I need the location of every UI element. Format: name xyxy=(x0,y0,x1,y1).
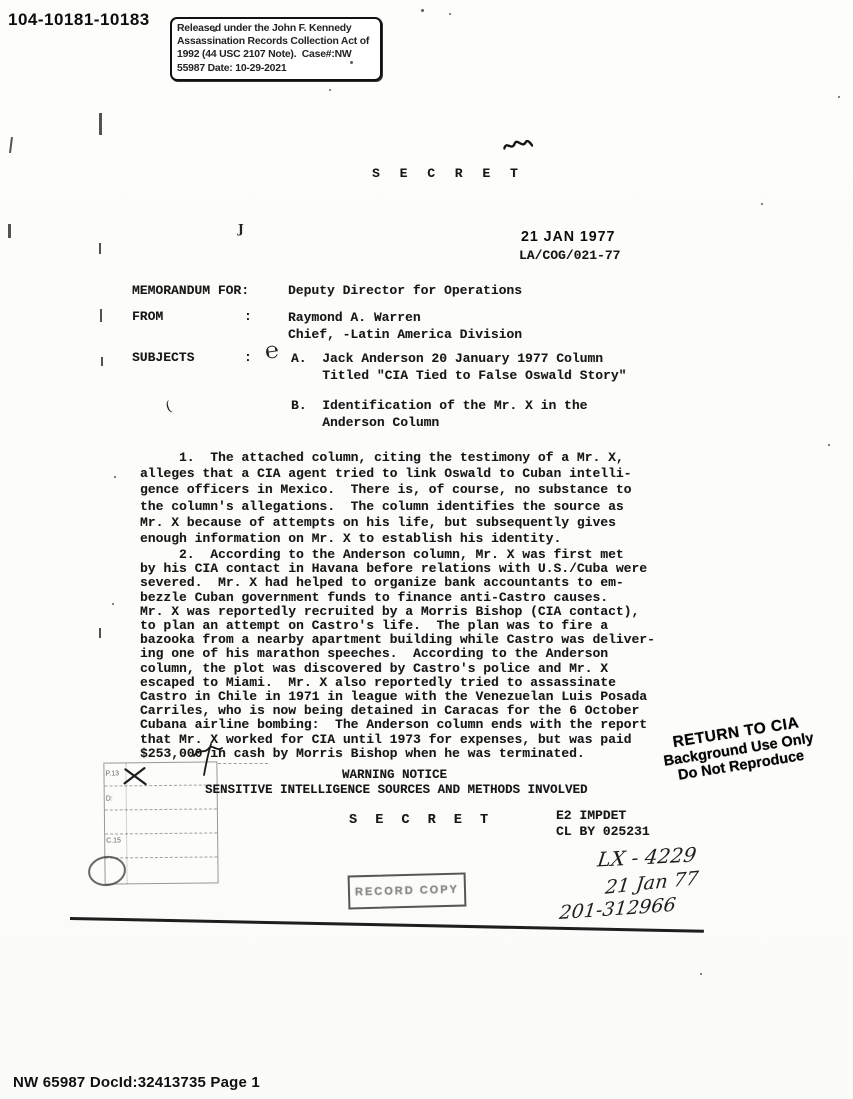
classification-top: S E C R E T xyxy=(372,166,524,181)
memo-subjects-label: SUBJECTS xyxy=(132,350,194,365)
classification-bottom: S E C R E T xyxy=(349,813,493,828)
declassification-block: E2 IMPDET CL BY 025231 xyxy=(556,808,650,839)
margin-tick xyxy=(99,628,101,638)
ink-paren-mark: ( xyxy=(164,399,174,416)
memo-from-colon: : xyxy=(244,309,252,324)
document-page: 104-10181-10183 Released under the John … xyxy=(0,0,853,1099)
noise-speck xyxy=(112,603,114,605)
memo-subject-b: B. Identification of the Mr. X in the An… xyxy=(291,397,587,431)
date-stamp: 21 JAN 1977 xyxy=(521,228,615,245)
paragraph-1: 1. The attached column, citing the testi… xyxy=(140,450,631,547)
margin-tick xyxy=(9,137,13,153)
noise-speck xyxy=(700,973,702,975)
memo-for-value: Deputy Director for Operations xyxy=(288,283,522,298)
warning-notice-title: WARNING NOTICE xyxy=(342,768,447,782)
reference-number: LA/COG/021-77 xyxy=(519,248,620,263)
margin-tick xyxy=(101,357,103,366)
noise-speck xyxy=(449,13,451,15)
routing-label: C.15 xyxy=(106,837,126,844)
paragraph-2: 2. According to the Anderson column, Mr.… xyxy=(140,548,655,761)
noise-speck xyxy=(329,89,331,91)
noise-speck xyxy=(838,96,840,98)
footer-document-id: NW 65987 DocId:32413735 Page 1 xyxy=(13,1074,260,1091)
memo-subject-a: A. Jack Anderson 20 January 1977 Column … xyxy=(291,350,626,384)
margin-tick xyxy=(99,113,102,135)
margin-tick xyxy=(100,309,102,322)
warning-notice-text: SENSITIVE INTELLIGENCE SOURCES AND METHO… xyxy=(205,783,588,797)
noise-speck xyxy=(761,203,763,205)
record-copy-text: RECORD COPY xyxy=(355,884,459,899)
handwritten-note-1: LX - 4229 xyxy=(596,842,698,871)
handwritten-note-3: 201-312966 xyxy=(558,894,677,924)
margin-tick xyxy=(99,243,101,254)
release-stamp-text: Released under the John F. Kennedy Assas… xyxy=(172,19,380,78)
record-number: 104-10181-10183 xyxy=(8,10,150,30)
noise-speck xyxy=(114,476,116,478)
release-stamp: Released under the John F. Kennedy Assas… xyxy=(170,17,382,81)
handwritten-note-2: 21 Jan 77 xyxy=(604,867,700,898)
noise-speck xyxy=(213,29,216,32)
ink-cursive-mark: ℮ xyxy=(263,337,280,365)
ink-x-mark xyxy=(122,765,148,787)
record-copy-stamp: RECORD COPY xyxy=(348,872,467,909)
return-to-cia-stamp: RETURN TO CIA Background Use Only Do Not… xyxy=(643,710,834,788)
margin-tick xyxy=(8,224,11,238)
memo-from-value: Raymond A. Warren Chief, -Latin America … xyxy=(288,309,522,343)
routing-label: D: xyxy=(106,795,126,802)
noise-speck xyxy=(421,9,424,12)
memo-subjects-colon: : xyxy=(244,350,252,365)
ink-squiggle-icon xyxy=(502,135,534,154)
noise-speck xyxy=(350,61,353,64)
memo-from-label: FROM xyxy=(132,309,163,324)
ink-scribble-icon xyxy=(190,742,234,778)
memo-for-label: MEMORANDUM FOR: xyxy=(132,283,249,298)
ink-j-mark: J xyxy=(238,222,244,236)
noise-speck xyxy=(828,444,830,446)
